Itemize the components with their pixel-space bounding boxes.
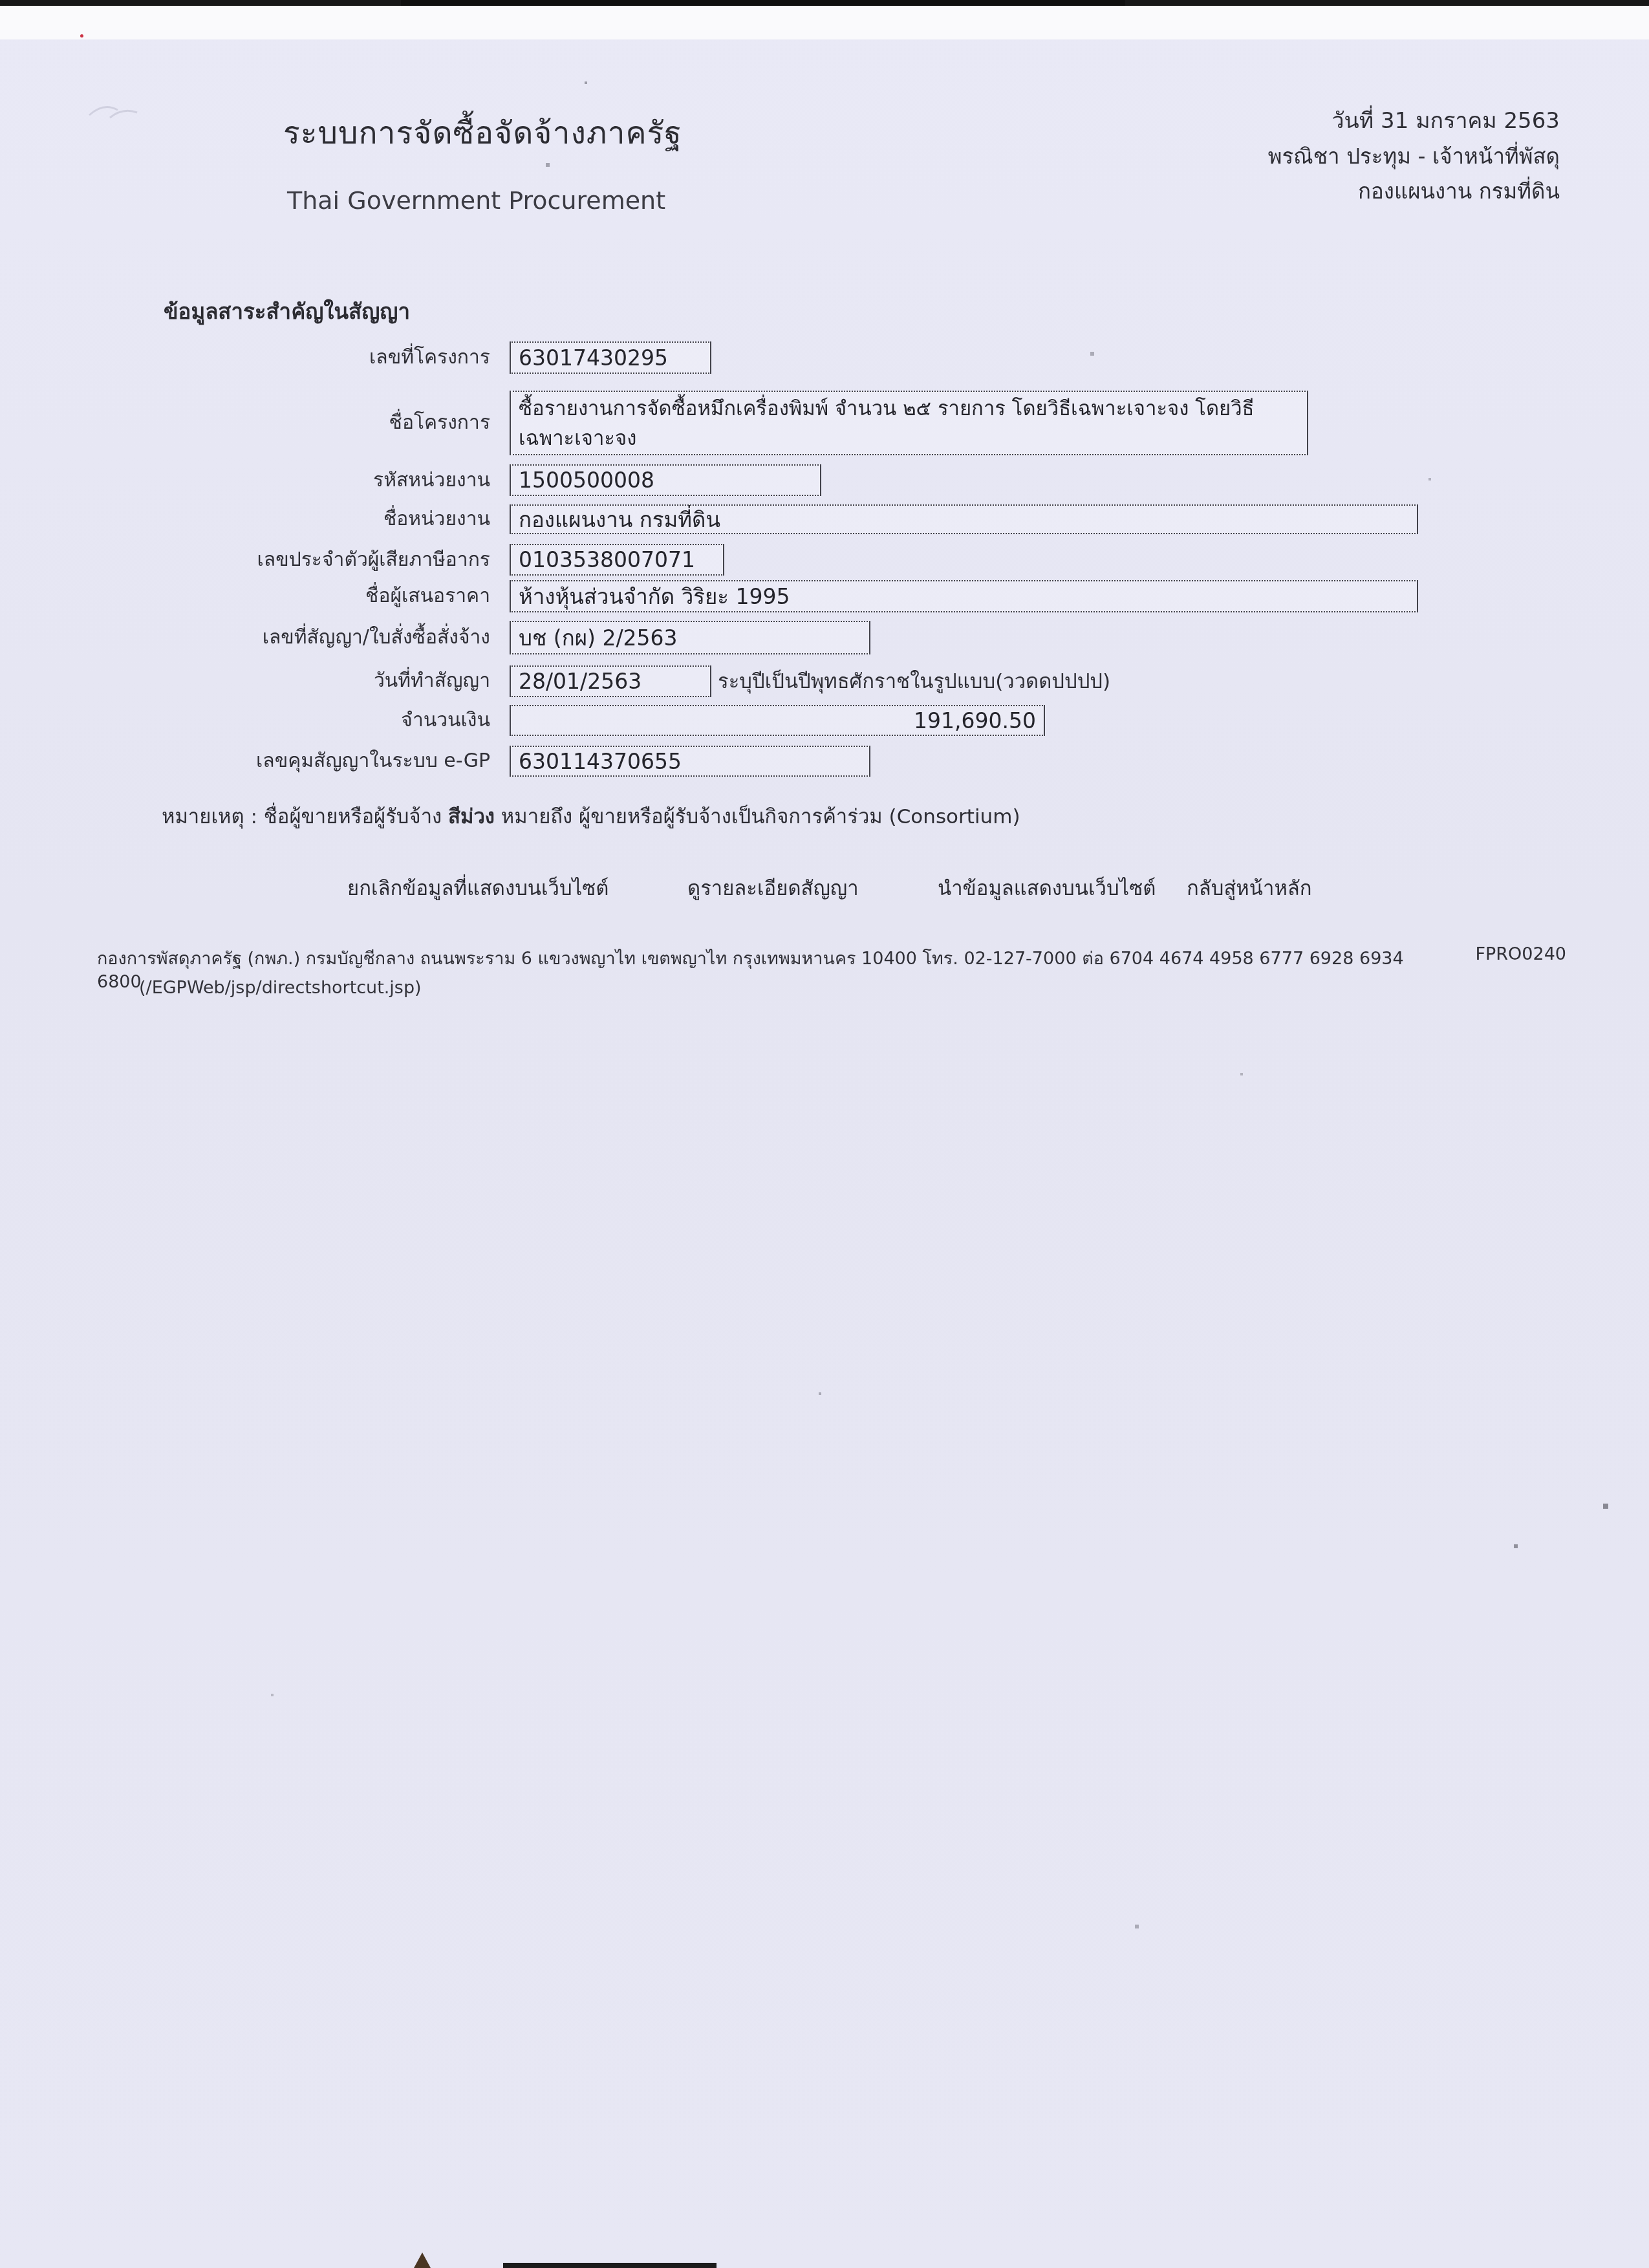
taxpayer-id-label: เลขประจำตัวผู้เสียภาษีอากร [0, 548, 510, 572]
contract-date-input[interactable]: 28/01/2563 [510, 665, 711, 697]
cancel-website-data-link[interactable]: ยกเลิกข้อมูลที่แสดงบนเว็บไซต์ [347, 872, 609, 904]
amount-input[interactable]: 191,690.50 [510, 705, 1045, 736]
contract-number-label: เลขที่สัญญา/ใบสั่งซื้อสั่งจ้าง [0, 625, 510, 650]
agency-name-label: ชื่อหน่วยงาน [0, 507, 510, 532]
form-row: ชื่อหน่วยงาน กองแผนงาน กรมที่ดิน [0, 504, 1418, 534]
form-row: ชื่อผู้เสนอราคา ห้างหุ้นส่วนจำกัด วิริยะ… [0, 580, 1418, 612]
project-name-label: ชื่อโครงการ [0, 411, 510, 435]
print-date: วันที่ 31 มกราคม 2563 [1268, 103, 1560, 139]
contract-number-input[interactable]: บช (กผ) 2/2563 [510, 621, 870, 654]
form-row: รหัสหน่วยงาน 1500500008 [0, 464, 821, 496]
footer-form-code: FPRO0240 [1475, 944, 1566, 964]
view-contract-detail-link[interactable]: ดูรายละเอียดสัญญา [687, 872, 859, 904]
page-title: ระบบการจัดซื้อจัดจ้างภาครัฐ [283, 109, 682, 158]
bidder-name-label: ชื่อผู้เสนอราคา [0, 584, 510, 609]
form-row: วันที่ทำสัญญา 28/01/2563 ระบุปีเป็นปีพุท… [0, 665, 1110, 697]
amount-label: จำนวนเงิน [0, 708, 510, 733]
user-name-role: พรณิชา ประทุม - เจ้าหน้าที่พัสดุ [1268, 139, 1560, 173]
paper-crease-mark [84, 96, 142, 122]
scan-dust-speckles [0, 0, 1, 1]
form-row: เลขที่สัญญา/ใบสั่งซื้อสั่งจ้าง บช (กผ) 2… [0, 621, 870, 654]
red-ink-speck [80, 34, 83, 38]
footer-path: (/EGPWeb/jsp/directshortcut.jsp) [139, 978, 422, 998]
egp-contract-number-input[interactable]: 630114370655 [510, 746, 870, 777]
egp-contract-number-label: เลขคุมสัญญาในระบบ e-GP [0, 749, 510, 773]
scanner-edge-bottom [503, 2263, 717, 2268]
form-row: เลขที่โครงการ 63017430295 [0, 341, 711, 374]
agency-code-label: รหัสหน่วยงาน [0, 468, 510, 493]
paper-top-margin [0, 6, 1649, 39]
section-title: ข้อมูลสาระสำคัญในสัญญา [164, 294, 410, 329]
back-to-home-link[interactable]: กลับสู่หน้าหลัก [1187, 872, 1312, 904]
bidder-name-input[interactable]: ห้างหุ้นส่วนจำกัด วิริยะ 1995 [510, 580, 1418, 612]
form-row: เลขคุมสัญญาในระบบ e-GP 630114370655 [0, 746, 870, 777]
note-suffix: หมายถึง ผู้ขายหรือผู้รับจ้างเป็นกิจการค้… [495, 805, 1020, 828]
contract-date-format-hint: ระบุปีเป็นปีพุทธศักราชในรูปแบบ(ววดดปปปป) [718, 665, 1110, 697]
project-name-input[interactable]: ซื้อรายงานการจัดซื้อหมึกเครื่องพิมพ์ จำน… [510, 391, 1308, 455]
agency-code-input[interactable]: 1500500008 [510, 464, 821, 496]
project-number-label: เลขที่โครงการ [0, 345, 510, 370]
project-number-input[interactable]: 63017430295 [510, 341, 711, 374]
contract-date-label: วันที่ทำสัญญา [0, 669, 510, 693]
agency-name-input[interactable]: กองแผนงาน กรมที่ดิน [510, 504, 1418, 534]
scan-blot-artifact [414, 2252, 431, 2268]
note-prefix: หมายเหตุ : ชื่อผู้ขายหรือผู้รับจ้าง [162, 805, 448, 828]
taxpayer-id-input[interactable]: 0103538007071 [510, 544, 724, 576]
form-row: เลขประจำตัวผู้เสียภาษีอากร 0103538007071 [0, 544, 724, 576]
publish-website-data-link[interactable]: นำข้อมูลแสดงบนเว็บไซต์ [938, 872, 1156, 904]
form-row: ชื่อโครงการ ซื้อรายงานการจัดซื้อหมึกเครื… [0, 391, 1308, 455]
form-row: จำนวนเงิน 191,690.50 [0, 705, 1045, 736]
note-highlight-purple: สีม่วง [448, 805, 495, 828]
scanned-procurement-page: ระบบการจัดซื้อจัดจ้างภาครัฐ Thai Governm… [0, 0, 1649, 2268]
page-subtitle: Thai Government Procurement [287, 186, 665, 215]
user-organization: กองแผนงาน กรมที่ดิน [1268, 174, 1560, 208]
consortium-note: หมายเหตุ : ชื่อผู้ขายหรือผู้รับจ้าง สีม่… [162, 800, 1020, 832]
header-right-block: วันที่ 31 มกราคม 2563 พรณิชา ประทุม - เจ… [1268, 103, 1560, 208]
